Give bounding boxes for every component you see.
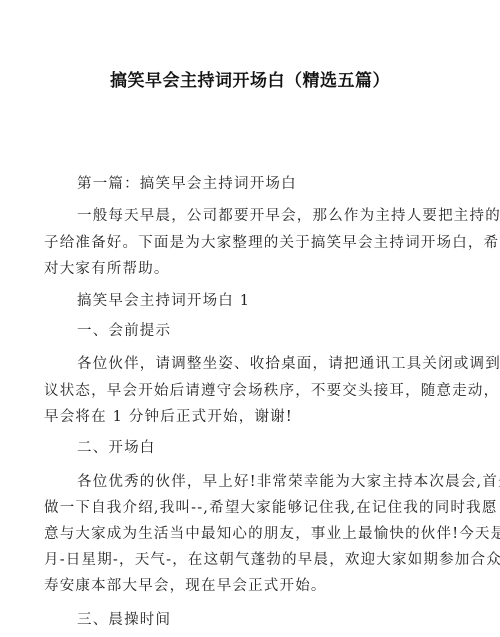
paragraph-3-line-3: 意与大家成为生活当中最知心的朋友，事业上最愉快的伙伴!今天是- [44, 522, 500, 543]
section-heading-1: 第一篇：搞笑早会主持词开场白 [77, 172, 297, 193]
paragraph-3-line-1: 各位优秀的伙伴，早上好!非常荣幸能为大家主持本次晨会,首先 [77, 470, 500, 491]
paragraph-2-line-3: 早会将在 1 分钟后正式开始，谢谢! [44, 405, 293, 426]
subheading-opening: 二、开场白 [77, 436, 156, 457]
document-page: 搞笑早会主持词开场白（精选五篇） 第一篇：搞笑早会主持词开场白 一般每天早晨，公… [0, 0, 500, 637]
paragraph-3-line-5: 寿安康本部大早会，现在早会正式开始。 [44, 574, 327, 595]
paragraph-2-line-2: 议状态，早会开始后请遵守会场秩序，不要交头接耳，随意走动，大 [44, 379, 500, 400]
paragraph-1-line-1: 一般每天早晨，公司都要开早会，那么作为主持人要把主持的稿 [77, 204, 500, 225]
paragraph-1-line-2: 子给准备好。下面是为大家整理的关于搞笑早会主持词开场白，希望 [44, 231, 500, 252]
paragraph-1-line-3: 对大家有所帮助。 [44, 257, 170, 278]
subheading-pre-meeting: 一、会前提示 [77, 319, 171, 340]
paragraph-3-line-4: 月-日星期-，天气-，在这朝气蓬勃的早晨，欢迎大家如期参加合众人 [44, 548, 500, 569]
document-title: 搞笑早会主持词开场白（精选五篇） [0, 66, 500, 91]
paragraph-3-line-2: 做一下自我介绍,我叫--,希望大家能够记住我,在记住我的同时我愿 [44, 496, 498, 517]
subheading-morning-exercise: 三、晨操时间 [77, 608, 171, 629]
paragraph-2-line-1: 各位伙伴，请调整坐姿、收拾桌面，请把通讯工具关闭或调到会 [77, 352, 500, 373]
subheading-1: 搞笑早会主持词开场白 1 [77, 289, 250, 310]
